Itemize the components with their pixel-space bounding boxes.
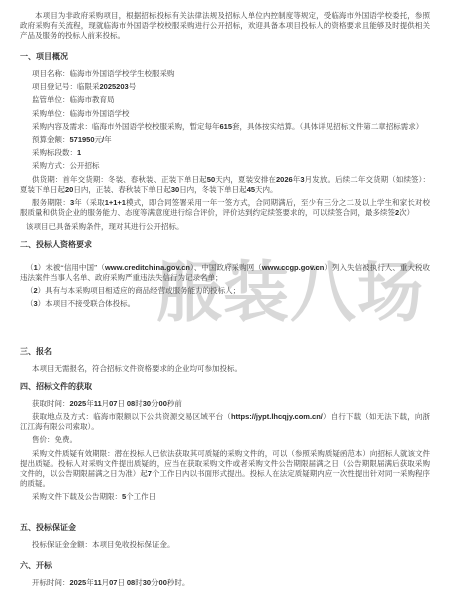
procurement-method-line: 采购方式：公开招标 (20, 161, 430, 171)
acquisition-time-line: 获取时间：2025年11月07日 08时30分00秒前 (20, 399, 430, 409)
section-heading-bid-opening: 六、开标 (20, 561, 430, 571)
qualification-item-1: （1）未被“信用中国”（www.creditchina.gov.cn）、中国政府… (20, 263, 430, 283)
supervising-unit-line: 监管单位：临海市教育局 (20, 95, 430, 105)
section-heading-overview: 一、项目概况 (20, 52, 430, 62)
purchasing-unit-line: 采购单位：临海市外国语学校 (20, 109, 430, 119)
service-period-line: 服务期限：3年（采取1+1+1模式，即合同签署采用一年一签方式，合同期满后，至少… (20, 198, 430, 218)
section-heading-bid-bond: 五、投标保证金 (20, 523, 430, 533)
section-heading-registration: 三、报名 (20, 347, 430, 357)
qualification-item-3: （3）本项目不接受联合体投标。 (20, 299, 430, 309)
document-page: 服装八场 本项目为非政府采购项目，根据招标投标有关法律法规及招标人单位内控制度等… (0, 0, 450, 600)
download-period-line: 采购文件下载及公告期限：5个工作日 (20, 492, 430, 502)
section-heading-qualification: 二、投标人资格要求 (20, 240, 430, 250)
acquisition-place-line: 获取地点及方式：临海市限额以下公共资源交易区域平台（https://jypt.l… (20, 412, 430, 432)
query-period-line: 采购文件质疑有效期限：潜在投标人已依法获取其可质疑的采购文件的，可以（参照采购质… (20, 449, 430, 489)
registration-line: 本项目无需报名，符合招标文件资格要求的企业均可参加投标。 (20, 364, 430, 374)
intro-paragraph: 本项目为非政府采购项目，根据招标投标有关法律法规及招标人单位内控制度等规定，受临… (20, 11, 430, 41)
announcement-body: 本项目为非政府采购项目，根据招标投标有关法律法规及招标人单位内控制度等规定，受临… (0, 0, 450, 588)
procurement-content-line: 采购内容及需求：临海市外国语学校校服采购，暂定每年615套，具体按实结算。（具体… (20, 122, 430, 132)
budget-line: 预算金额：571950元/年 (20, 135, 430, 145)
bid-bond-line: 投标保证金金额：本项目免收投标保证金。 (20, 540, 430, 550)
bid-opening-time-line: 开标时间：2025年11月07日 08时30分00秒时。 (20, 578, 430, 588)
section-heading-document-acquisition: 四、招标文件的获取 (20, 382, 430, 392)
price-line: 售价：免费。 (20, 435, 430, 445)
conditions-ready-line: 该项目已具备采购条件，现对其进行公开招标。 (20, 222, 430, 232)
delivery-period-line: 供货期：首年交货期：冬装、春秋装、正装下单日起50天内，夏装安排在2026年3月… (20, 175, 430, 195)
qualification-item-2: （2）具有与本采购项目相适应的商品经营或服务能力的投标人； (20, 286, 430, 296)
project-name-line: 项目名称：临海市外国语学校学生校服采购 (20, 69, 430, 79)
lot-count-line: 采购标段数：1 (20, 148, 430, 158)
project-registration-line: 项目登记号：临限采2025203号 (20, 82, 430, 92)
